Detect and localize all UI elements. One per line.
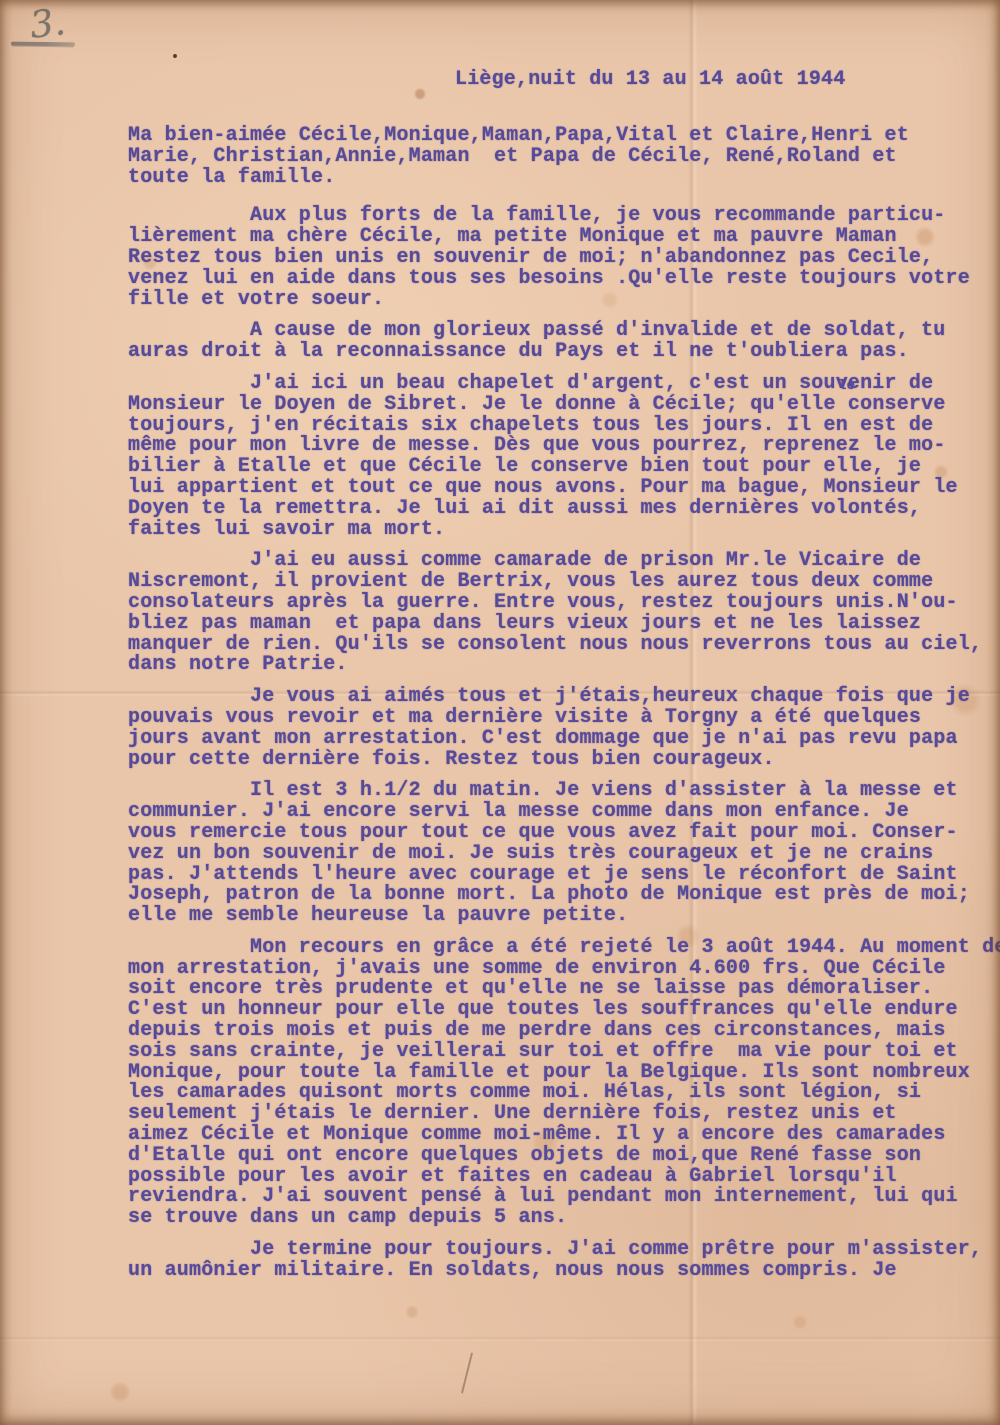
letter-line: Restez tous bien unis en souvenir de moi…: [128, 248, 988, 269]
letter-line: Il est 3 h.1/2 du matin. Je viens d'assi…: [128, 781, 988, 802]
pencil-underline: [11, 42, 75, 47]
letter-line: lièrement ma chère Cécile, ma petite Mon…: [128, 227, 988, 248]
letter-line: lui appartient et tout ce que nous avons…: [128, 478, 988, 499]
letter-line: Je termine pour toujours. J'ai comme prê…: [128, 1240, 988, 1261]
letter-line: d'Etalle qui ont encore quelques objets …: [128, 1146, 988, 1167]
paragraph: Mon recours en grâce a été rejeté le 3 a…: [128, 938, 988, 1229]
letter-line: C'est un honneur pour elle que toutes le…: [128, 1000, 988, 1021]
letter-line: vez un bon souvenir de moi. Je suis très…: [128, 844, 988, 865]
letter-line: seulement j'étais le dernier. Une derniè…: [128, 1104, 988, 1125]
letter-line: pour cette dernière fois. Restez tous bi…: [128, 750, 988, 771]
letter-line: toute la famille.: [128, 168, 988, 189]
letter-line: Marie, Christian,Annie,Maman et Papa de …: [128, 147, 988, 168]
letter-line: auras droit à la reconnaissance du Pays …: [128, 342, 988, 363]
letter-line: depuis trois mois et puis de me perdre d…: [128, 1021, 988, 1042]
letter-line: fille et votre soeur.: [128, 290, 988, 311]
letter-line: bilier à Etalle et que Cécile le conserv…: [128, 457, 988, 478]
letter-line: bliez pas maman et papa dans leurs vieux…: [128, 614, 988, 635]
paragraph: Je vous ai aimés tous et j'étais,heureux…: [128, 687, 988, 770]
horizontal-fold-crease: [0, 1336, 1000, 1342]
letter-line: dans notre Patrie.: [128, 655, 988, 676]
letter-line: elle me semble heureuse la pauvre petite…: [128, 906, 988, 927]
letter-line: pouvais vous revoir et ma dernière visit…: [128, 708, 988, 729]
letter-line: Niscremont, il provient de Bertrix, vous…: [128, 572, 988, 593]
letter-line: Monsieur le Doyen de Sibret. Je le donne…: [128, 395, 988, 416]
paragraph: A cause de mon glorieux passé d'invalide…: [128, 321, 988, 363]
dateline: Liège,nuit du 13 au 14 août 1944: [455, 70, 845, 91]
paragraph: Aux plus forts de la famille, je vous re…: [128, 206, 988, 310]
letter-line: un aumônier militaire. En soldats, nous …: [128, 1261, 988, 1282]
letter-line: se trouve dans un camp depuis 5 ans.: [128, 1208, 988, 1229]
paragraph: Il est 3 h.1/2 du matin. Je viens d'assi…: [128, 781, 988, 927]
letter-line: venez lui en aide dans tous ses besoins …: [128, 269, 988, 290]
letter-line: Joseph, patron de la bonne mort. La phot…: [128, 885, 988, 906]
letter-line: J'ai ici un beau chapelet d'argent, c'es…: [128, 374, 988, 395]
interline-insertion: le: [838, 379, 855, 393]
letter-line: Je vous ai aimés tous et j'étais,heureux…: [128, 687, 988, 708]
paragraph: Je termine pour toujours. J'ai comme prê…: [128, 1240, 988, 1282]
letter-line: faites lui savoir ma mort.: [128, 520, 988, 541]
paragraph: J'ai eu aussi comme camarade de prison M…: [128, 551, 988, 676]
handwritten-page-number: 3.: [28, 2, 68, 46]
letter-line: vous remercie tous pour tout ce que vous…: [128, 823, 988, 844]
letter-line: consolateurs après la guerre. Entre vous…: [128, 593, 988, 614]
letter-line: sois sans crainte, je veillerai sur toi …: [128, 1042, 988, 1063]
letter-line: Doyen te la remettra. Je lui ai dit auss…: [128, 499, 988, 520]
letter-line: communier. J'ai encore servi la messe co…: [128, 802, 988, 823]
paragraph: J'ai ici un beau chapelet d'argent, c'es…: [128, 374, 988, 540]
letter-line: aimez Cécile et Monique comme moi-même. …: [128, 1125, 988, 1146]
salutation: Ma bien-aimée Cécile,Monique,Maman,Papa,…: [128, 126, 988, 188]
letter-body: Ma bien-aimée Cécile,Monique,Maman,Papa,…: [128, 126, 988, 1282]
crease-mark: [461, 1352, 473, 1393]
letter-line: Ma bien-aimée Cécile,Monique,Maman,Papa,…: [128, 126, 988, 147]
scanned-letter-page: 3. Liège,nuit du 13 au 14 août 1944 Ma b…: [0, 0, 1000, 1425]
letter-line: Mon recours en grâce a été rejeté le 3 a…: [128, 938, 988, 959]
letter-line: jours avant mon arrestation. C'est domma…: [128, 729, 988, 750]
